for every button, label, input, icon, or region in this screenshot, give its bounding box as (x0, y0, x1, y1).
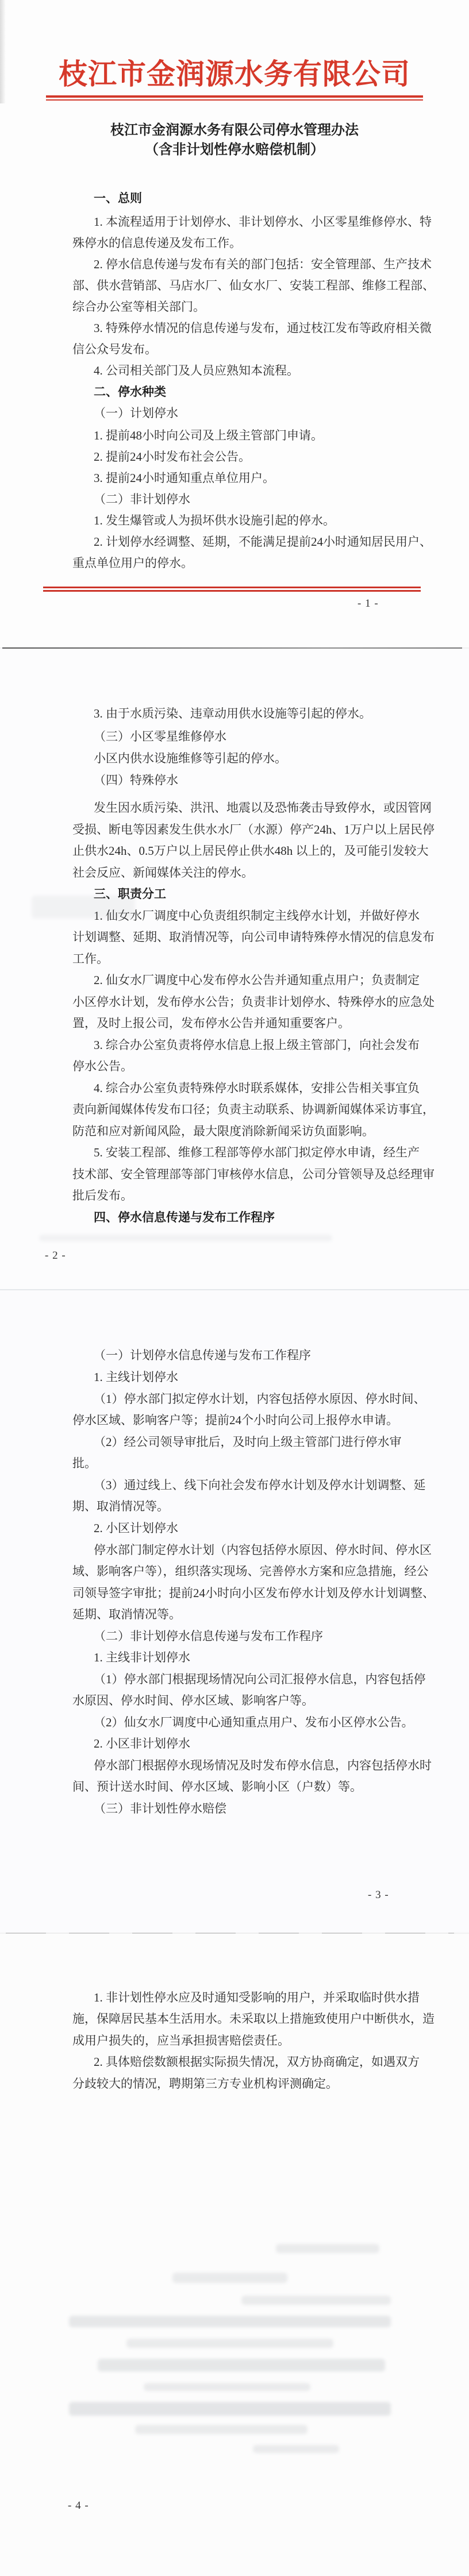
section-heading-2: 二、停水种类 (94, 384, 166, 400)
body-line: 2. 停水信息传递与发布有关的部门包括：安全管理部、生产技术 (94, 257, 432, 272)
page-1: 枝江市金润源水务有限公司 枝江市金润源水务有限公司停水管理办法 （含非计划性停水… (0, 0, 469, 647)
body-line: 2. 仙女水厂调度中心发布停水公告并通知重点用户；负责制定 (94, 973, 420, 988)
body-line: 2. 小区非计划停水 (94, 1736, 190, 1752)
bleed-through-artifact (276, 2244, 379, 2253)
body-line: 成用户损失的，应当承担损害赔偿责任。 (72, 2033, 290, 2049)
body-line: 2. 具体赔偿数额根据实际损失情况，双方协商确定，如遇双方 (94, 2054, 420, 2070)
body-line: 分歧较大的情况，聘期第三方专业机构评测确定。 (72, 2076, 338, 2092)
body-line: 防范和应对新闻风险，最大限度消除新闻采访负面影响。 (72, 1124, 374, 1139)
bleed-through-artifact (135, 2425, 307, 2434)
body-line: 受损、断电等因素发生供水水厂（水源）停产24h、1万户以上居民停 (72, 822, 435, 838)
page-number: - 2 - (45, 1250, 66, 1262)
body-line: 期、取消情况等。 (72, 1499, 169, 1514)
body-line: （二）非计划停水 (94, 492, 190, 507)
body-line: 停水部门制定停水计划（内容包括停水原因、停水时间、停水区 (94, 1542, 432, 1558)
body-line: 司领导签字审批；提前24小时向小区发布停水计划及停水计划调整、 (72, 1586, 435, 1601)
document-title-line2: （含非计划性停水赔偿机制） (0, 138, 469, 158)
footer-double-rule (43, 587, 421, 592)
body-line: （2）仙女水厂调度中心通知重点用户、发布小区停水公告。 (94, 1715, 414, 1730)
body-line: （一）计划停水 (94, 406, 178, 421)
section-heading-4: 四、停水信息传递与发布工作程序 (94, 1210, 275, 1225)
body-line: 1. 提前48小时向公司及上级主管部门申请。 (94, 428, 323, 444)
body-line: 1. 主线非计划停水 (94, 1650, 190, 1665)
page-number: - 3 - (368, 1889, 389, 1902)
page-3: （一）计划停水信息传递与发布工作程序 1. 主线计划停水 （1）停水部门拟定停水… (0, 1290, 469, 1933)
body-line: （2）经公司领导审批后，及时向上级主管部门进行停水审 (94, 1434, 402, 1450)
body-line: 5. 安装工程部、维修工程部等停水部门拟定停水申请，经生产 (94, 1145, 420, 1160)
body-line: 1. 本流程适用于计划停水、非计划停水、小区零星维修停水、特 (94, 214, 432, 230)
body-line: 综合办公室等相关部门。 (72, 299, 205, 315)
body-line: 殊停水的信息传递及发布工作。 (72, 236, 241, 251)
body-line: 发生因水质污染、洪汛、地震以及恐怖袭击导致停水，或因管网 (94, 800, 432, 816)
bleed-through-artifact (144, 2383, 310, 2391)
body-line: （二）非计划停水信息传递与发布工作程序 (94, 1629, 323, 1644)
body-line: 信公众号发布。 (72, 342, 157, 357)
body-line: （三）小区零星维修停水 (94, 729, 226, 745)
body-line: （一）计划停水信息传递与发布工作程序 (94, 1348, 311, 1363)
body-line: 批。 (72, 1456, 97, 1471)
body-line: 1. 仙女水厂调度中心负责组织制定主线停水计划，并做好停水 (94, 908, 420, 924)
body-line: 重点单位用户的停水。 (72, 556, 193, 571)
body-line: 3. 综合办公室负责将停水信息上报上级主管部门，向社会发布 (94, 1038, 420, 1053)
body-line: 社会反应、新闻媒体关注的停水。 (72, 865, 253, 881)
bleed-through-artifact (253, 2445, 339, 2453)
body-line: 工作。 (72, 951, 109, 967)
bleed-through-artifact (98, 2359, 385, 2371)
bleed-through-artifact (126, 2339, 333, 2348)
section-heading-1: 一、总则 (94, 191, 142, 206)
body-line: 责向新闻媒体传发布口径；负责主动联系、协调新闻媒体采访事宜， (72, 1102, 435, 1117)
bleed-through-artifact (241, 2296, 391, 2305)
body-line: 置，及时上报公司，发布停水公告并通知重要客户。 (72, 1016, 350, 1031)
document-title-line1: 枝江市金润源水务有限公司停水管理办法 (0, 118, 469, 138)
page-separator-3 (6, 1933, 454, 1934)
page-separator-1 (2, 647, 462, 649)
bleed-through-artifact (32, 896, 135, 919)
body-line: （四）特殊停水 (94, 773, 178, 788)
body-line: （1）停水部门根据现场情况向公司汇报停水信息，内容包括停 (94, 1672, 426, 1687)
body-line: 小区内供水设施维修等引起的停水。 (94, 751, 287, 766)
body-line: （1）停水部门拟定停水计划，内容包括停水原因、停水时间、 (94, 1391, 426, 1407)
page-4: 1. 非计划性停水应及时通知受影响的用户，并采取临时供水措 施，保障居民基本生活… (0, 1934, 469, 2576)
body-line: （3）通过线上、线下向社会发布停水计划及停水计划调整、延 (94, 1478, 426, 1493)
body-line: 止供水24h、0.5万户以上居民停止供水48h 以上的，及可能引发较大 (72, 843, 429, 859)
body-line: （三）非计划性停水赔偿 (94, 1801, 226, 1817)
body-line: 施，保障居民基本生活用水。未采取以上措施致使用户中断供水，造 (72, 2011, 435, 2027)
bleed-through-artifact (39, 1235, 332, 1241)
letterhead-double-rule (46, 95, 423, 101)
body-line: 4. 公司相关部门及人员应熟知本流程。 (94, 363, 299, 379)
body-line: 停水部门根据停水现场情况及时发布停水信息，内容包括停水时 (94, 1758, 432, 1773)
body-line: 停水区域、影响客户等；提前24个小时向公司上报停水申请。 (72, 1413, 398, 1428)
body-line: 2. 小区计划停水 (94, 1521, 178, 1536)
body-line: 4. 综合办公室负责特殊停水时联系媒体，安排公告相关事宜负 (94, 1081, 420, 1096)
body-line: 小区停水计划，发布停水公告；负责非计划停水、特殊停水的应急处 (72, 994, 435, 1010)
body-line: 1. 非计划性停水应及时通知受影响的用户，并采取临时供水措 (94, 1990, 420, 2006)
body-line: 批后发布。 (72, 1188, 133, 1204)
body-line: 3. 由于水质污染、违章动用供水设施等引起的停水。 (94, 706, 371, 722)
body-line: 2. 计划停水经调整、延期，不能满足提前24小时通知居民用户、 (94, 534, 432, 550)
body-line: 技术部、安全管理部等部门审核停水信息，公司分管领导及总经理审 (72, 1167, 435, 1182)
bleed-through-artifact (69, 2316, 391, 2327)
bleed-through-artifact (172, 2273, 287, 2283)
page-2: 3. 由于水质污染、违章动用供水设施等引起的停水。 （三）小区零星维修停水 小区… (0, 649, 469, 1289)
scanned-document: 枝江市金润源水务有限公司 枝江市金润源水务有限公司停水管理办法 （含非计划性停水… (0, 0, 469, 2576)
bleed-through-artifact (69, 2402, 391, 2416)
body-line: 3. 特殊停水情况的信息传递与发布，通过枝江发布等政府相关微 (94, 321, 432, 336)
body-line: 1. 主线计划停水 (94, 1370, 178, 1385)
letterhead-title: 枝江市金润源水务有限公司 (0, 57, 469, 91)
page-number: - 1 - (357, 597, 379, 610)
body-line: 部、供水营销部、马店水厂、仙女水厂、安装工程部、维修工程部、 (72, 278, 435, 294)
body-line: 间、预计送水时间、停水区域、影响小区（户数）等。 (72, 1779, 362, 1795)
page-number: - 4 - (68, 2500, 89, 2512)
page-separator-2 (0, 1289, 469, 1290)
body-line: 水原因、停水时间、停水区域、影响客户等。 (72, 1693, 314, 1709)
body-line: 3. 提前24小时通知重点单位用户。 (94, 471, 275, 486)
body-line: 2. 提前24小时发布社会公告。 (94, 449, 251, 465)
body-line: 域、影响客户等），组织落实现场、完善停水方案和应急措施，经公 (72, 1564, 429, 1579)
body-line: 停水公告。 (72, 1059, 133, 1074)
body-line: 1. 发生爆管或人为损坏供水设施引起的停水。 (94, 513, 335, 529)
body-line: 延期、取消情况等。 (72, 1607, 181, 1622)
body-line: 计划调整、延期、取消情况等，向公司申请特殊停水情况的信息发布 (72, 930, 435, 945)
